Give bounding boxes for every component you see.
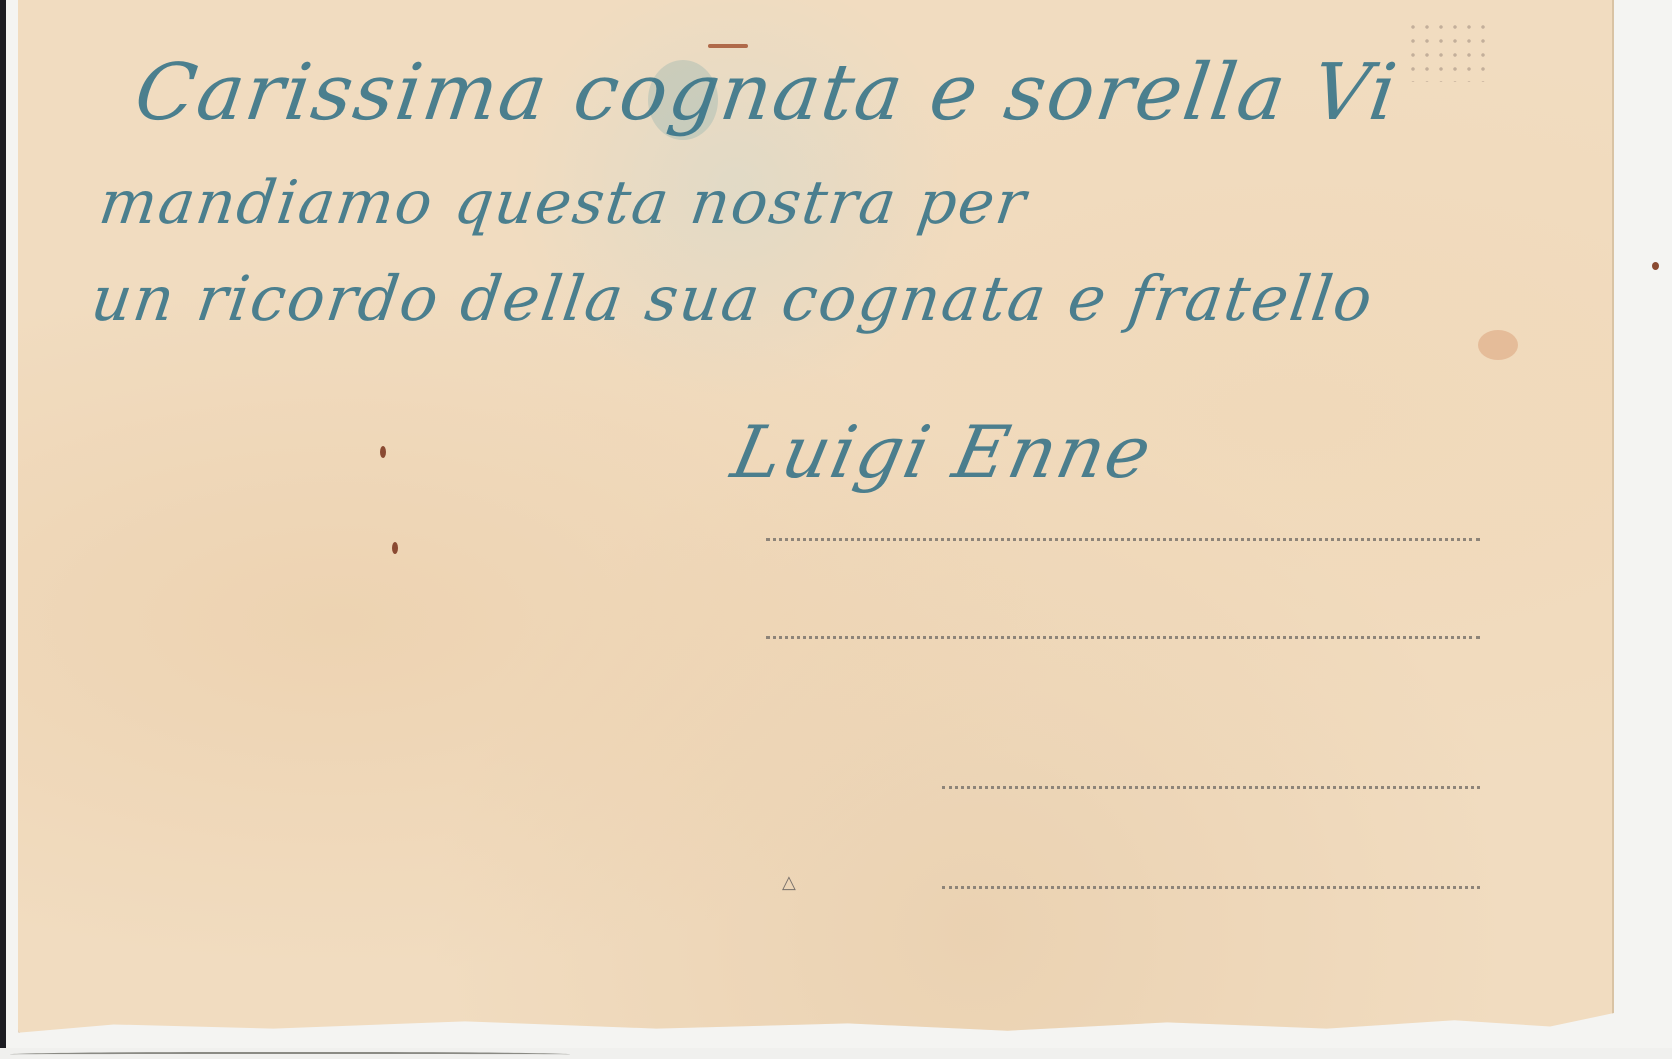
address-line-4: [942, 886, 1480, 889]
stamp-area-dots: [1406, 20, 1486, 82]
message-line-1: Carissima cognata e sorella Vi: [130, 48, 1404, 138]
message-line-3: un ricordo della sua cognata e fratello: [87, 262, 1379, 335]
scanner-left-edge: [0, 0, 6, 1059]
address-line-2: [766, 636, 1480, 639]
scanner-bottom-strip: [0, 1048, 1672, 1059]
rust-spot-outside: [1652, 262, 1659, 270]
rust-spot: [392, 542, 398, 554]
address-line-1: [766, 538, 1480, 541]
postcard: Carissima cognata e sorella Vi mandiamo …: [18, 0, 1614, 1039]
message-line-2: mandiamo questa nostra per: [95, 168, 1032, 238]
rust-spot: [380, 446, 386, 458]
signature: Luigi Enne: [725, 410, 1160, 494]
torn-edge-shadow: [10, 1052, 570, 1058]
address-line-3: [942, 786, 1480, 789]
printed-triangle-mark: △: [782, 872, 796, 893]
foxing-spot: [1478, 330, 1518, 360]
